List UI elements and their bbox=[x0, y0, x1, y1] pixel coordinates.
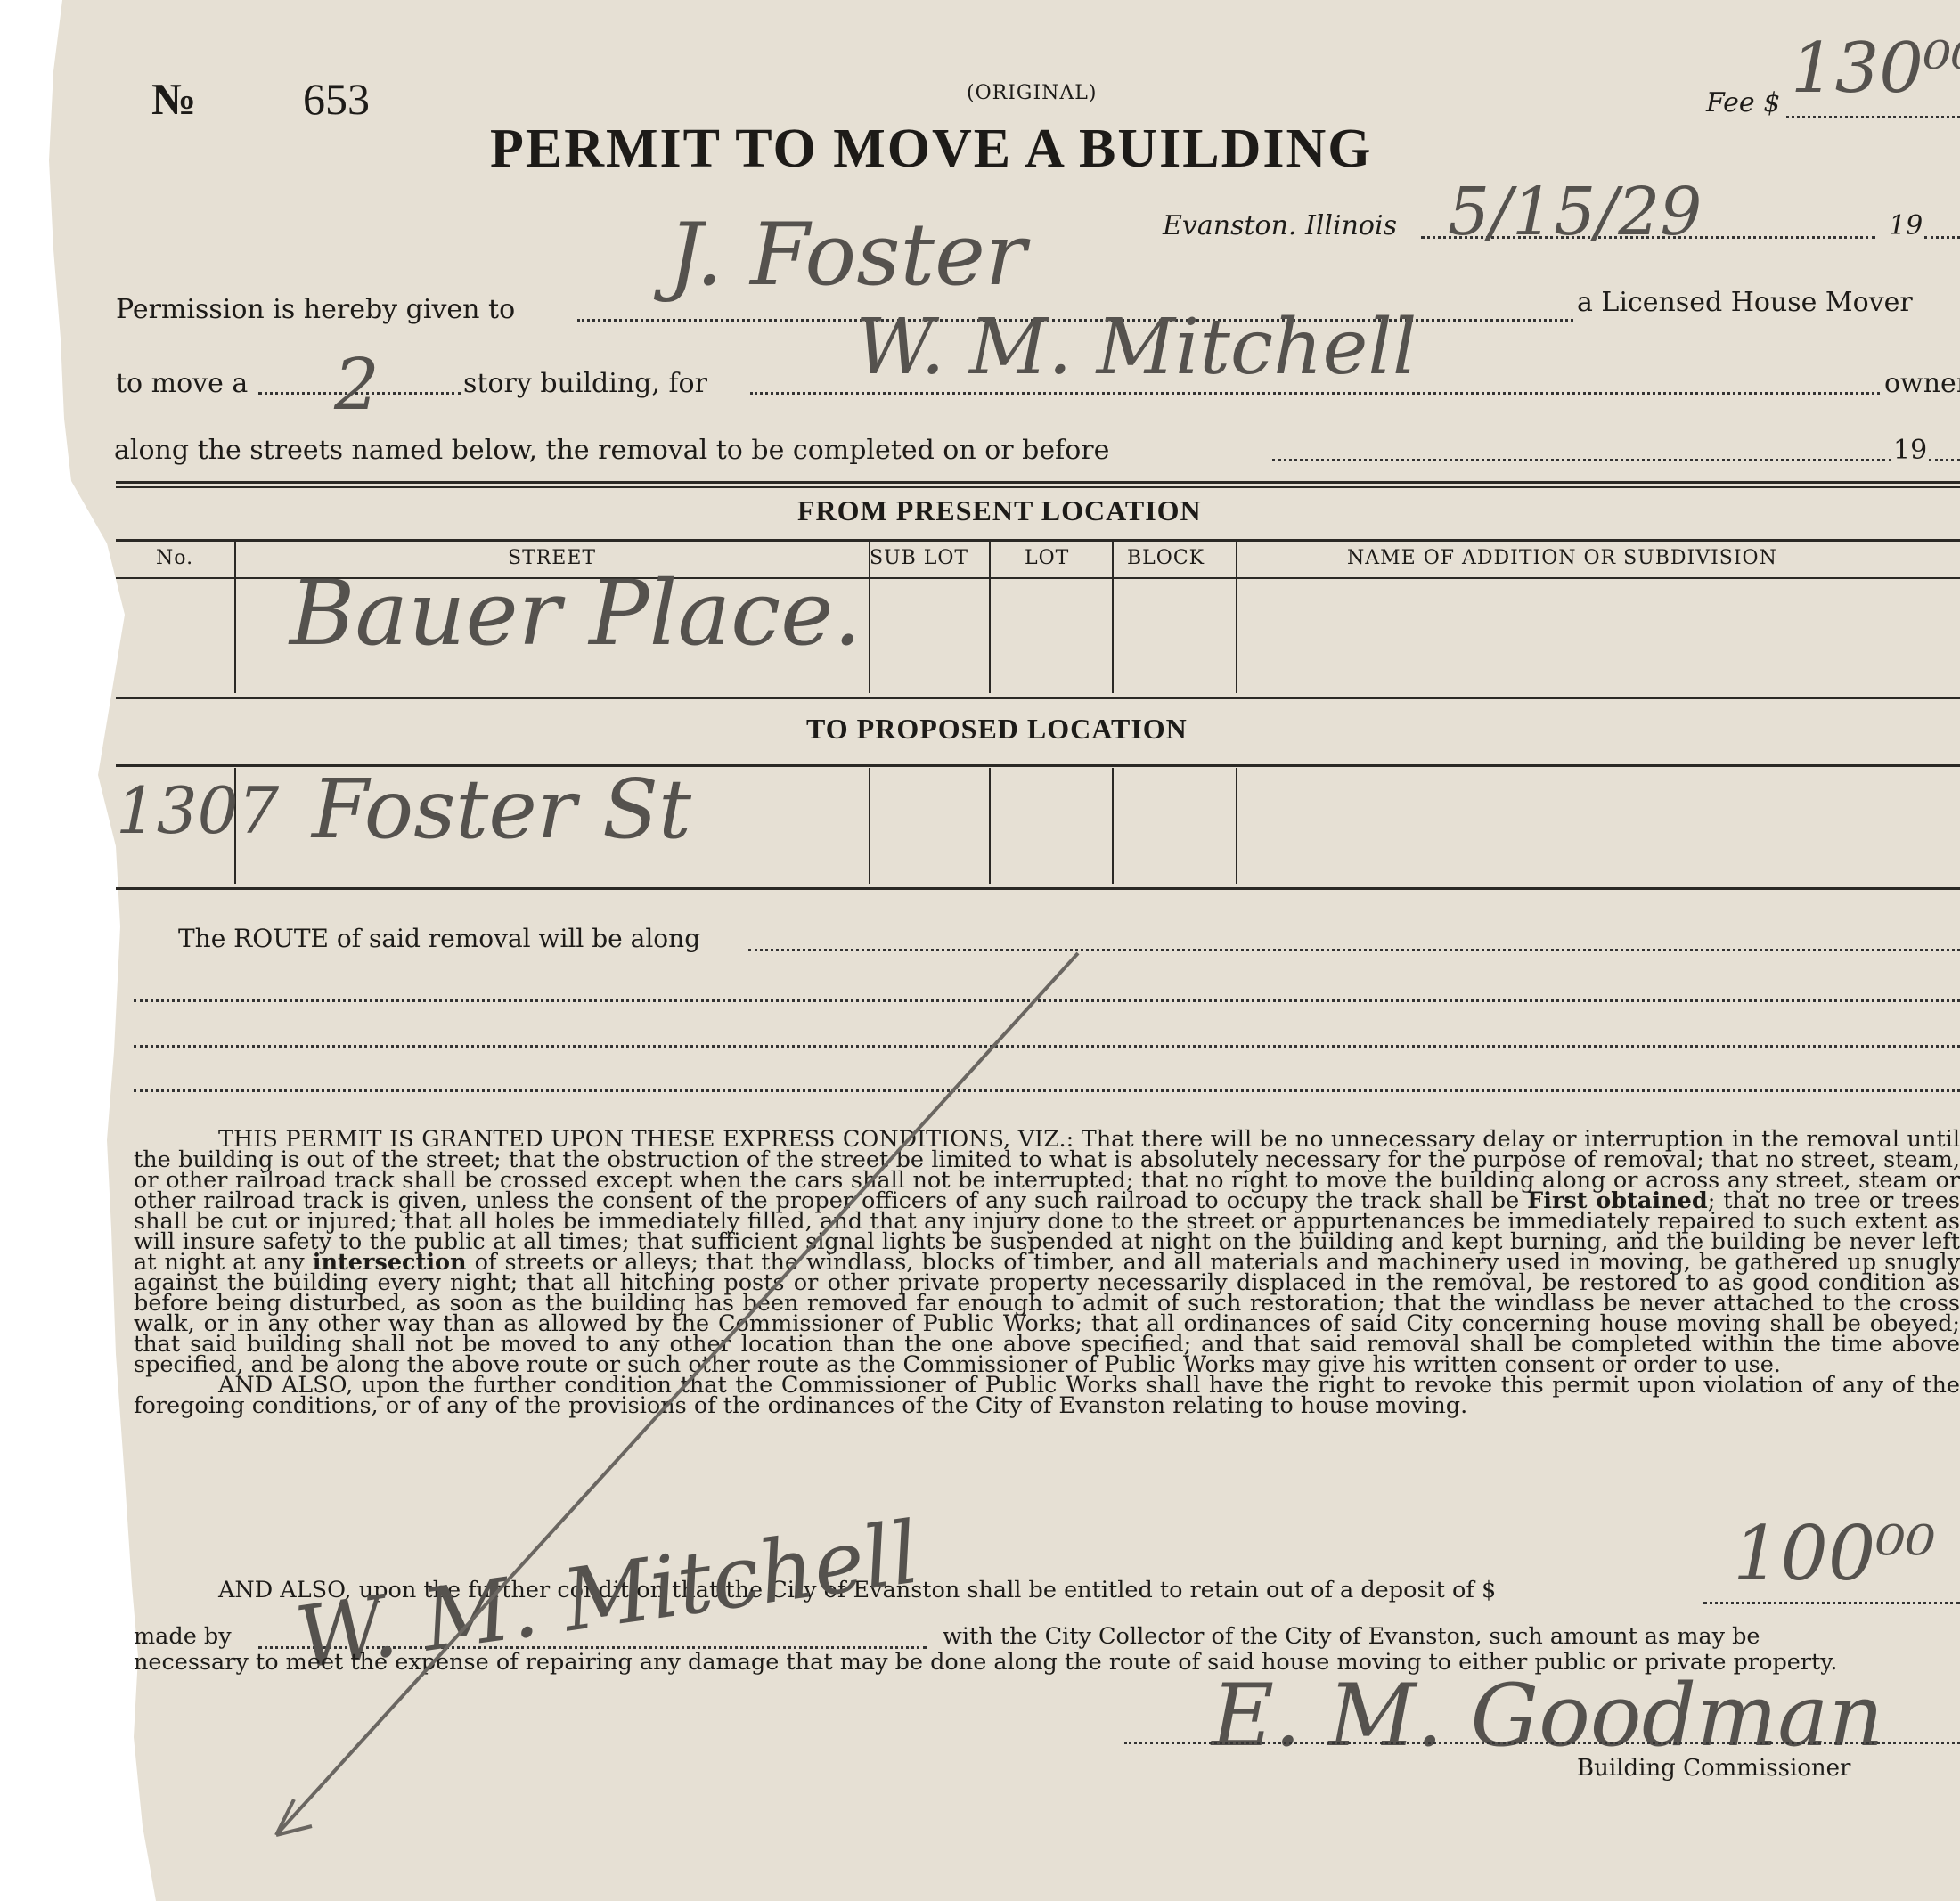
signature-title: Building Commissioner bbox=[1577, 1755, 1850, 1782]
pencil-strike-line bbox=[0, 0, 1960, 1901]
commissioner-signature: E. M. Goodman bbox=[1212, 1666, 1883, 1766]
signature-line bbox=[1124, 1742, 1960, 1744]
